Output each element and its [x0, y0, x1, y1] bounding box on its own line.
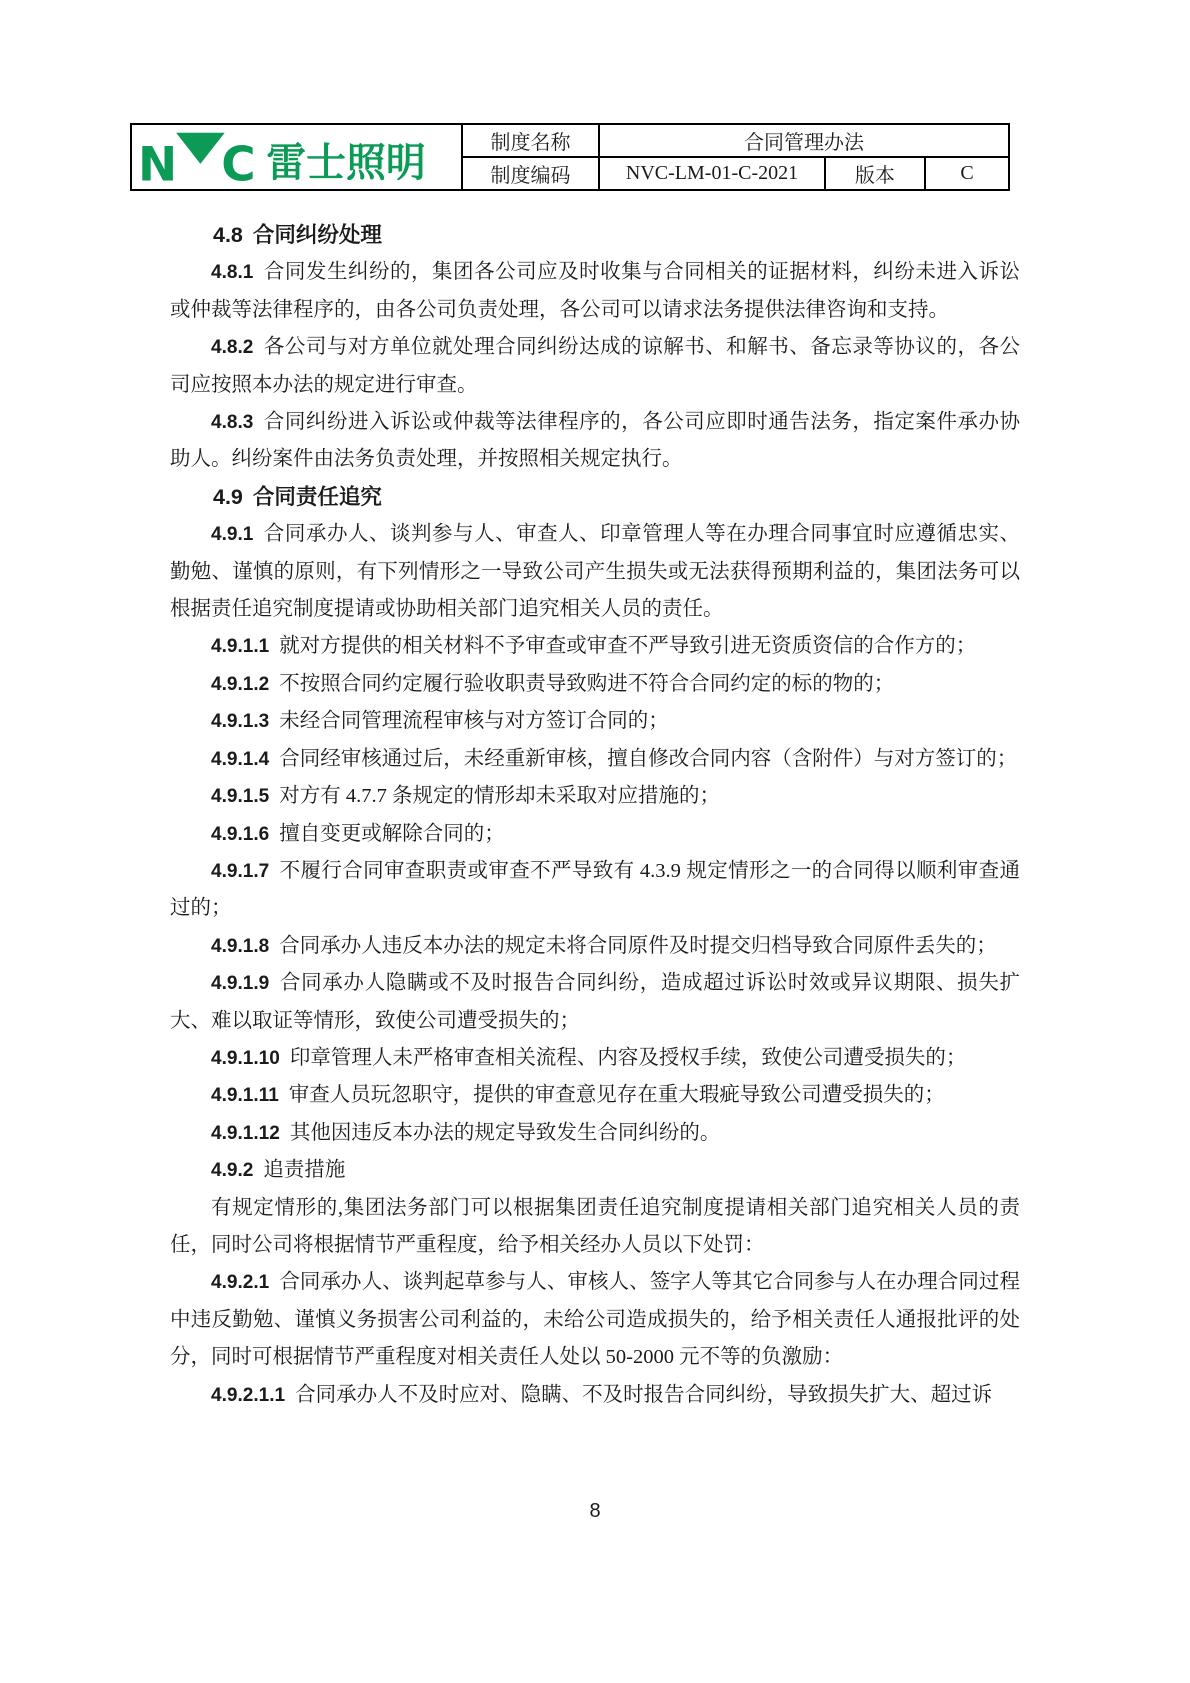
clause-number: 4.9.2.1	[211, 1272, 269, 1293]
logo-letter-c: C	[221, 138, 255, 183]
header-table: N C 雷士照明 制度名称 合同管理办法 制度编码 NVC-LM-01-C-20…	[130, 123, 1010, 191]
clause-number: 4.9.1.12	[211, 1123, 280, 1144]
clause-text: 合同发生纠纷的，集团各公司应及时收集与合同相关的证据材料，纠纷未进入诉讼或仲裁等…	[170, 261, 1020, 320]
clause-number: 4.9.1	[211, 524, 253, 545]
clause-text: 不按照合同约定履行验收职责导致购进不符合合同约定的标的物的；	[279, 673, 894, 695]
clause-text: 合同纠纷处理	[253, 223, 382, 247]
nvc-logo-icon: N C 雷士照明	[136, 131, 426, 183]
paragraph: 4.9.2.1合同承办人、谈判起草参与人、审核人、签字人等其它合同参与人在办理合…	[170, 1264, 1020, 1376]
clause-text: 追责措施	[263, 1159, 345, 1181]
version-label: 版本	[825, 157, 925, 190]
document-page: N C 雷士照明 制度名称 合同管理办法 制度编码 NVC-LM-01-C-20…	[0, 0, 1190, 1683]
page-number: 8	[0, 1500, 1190, 1523]
paragraph: 4.9.1.6擅自变更或解除合同的；	[170, 816, 1020, 853]
clause-number: 4.9.1.2	[211, 674, 269, 695]
policy-code-value: NVC-LM-01-C-2021	[599, 157, 825, 190]
clause-text: 其他因违反本办法的规定导致发生合同纠纷的。	[290, 1122, 721, 1144]
paragraph: 4.9.1.11审查人员玩忽职守，提供的审查意见存在重大瑕疵导致公司遭受损失的；	[170, 1077, 1020, 1114]
paragraph: 4.9.1.12其他因违反本办法的规定导致发生合同纠纷的。	[170, 1115, 1020, 1152]
clause-number: 4.9.1.3	[211, 711, 269, 732]
logo-triangle-icon	[176, 133, 225, 164]
clause-number: 4.9.1.11	[211, 1085, 279, 1106]
paragraph: 有规定情形的,集团法务部门可以根据集团责任追究制度提请相关部门追究相关人员的责任…	[170, 1190, 1020, 1265]
clause-text: 合同承办人隐瞒或不及时报告合同纠纷，造成超过诉讼时效或异议期限、损失扩大、难以取…	[170, 972, 1020, 1031]
clause-text: 有规定情形的,集团法务部门可以根据集团责任追究制度提请相关部门追究相关人员的责任…	[170, 1197, 1020, 1256]
clause-text: 擅自变更或解除合同的；	[279, 823, 505, 845]
paragraph: 4.9合同责任追究	[170, 479, 1020, 516]
paragraph: 4.9.1.9合同承办人隐瞒或不及时报告合同纠纷，造成超过诉讼时效或异议期限、损…	[170, 965, 1020, 1040]
clause-number: 4.9.1.6	[211, 824, 269, 845]
paragraph: 4.9.1合同承办人、谈判参与人、审查人、印章管理人等在办理合同事宜时应遵循忠实…	[170, 516, 1020, 628]
clause-number: 4.9.1.10	[211, 1048, 280, 1069]
clause-text: 印章管理人未严格审查相关流程、内容及授权手续，致使公司遭受损失的；	[290, 1047, 967, 1069]
company-logo-cell: N C 雷士照明	[131, 124, 462, 190]
paragraph: 4.8.1合同发生纠纷的，集团各公司应及时收集与合同相关的证据材料，纠纷未进入诉…	[170, 254, 1020, 329]
paragraph: 4.9.1.10印章管理人未严格审查相关流程、内容及授权手续，致使公司遭受损失的…	[170, 1040, 1020, 1077]
clause-text: 合同纠纷进入诉讼或仲裁等法律程序的，各公司应即时通告法务，指定案件承办协助人。纠…	[170, 411, 1020, 470]
clause-number: 4.8.1	[211, 262, 253, 283]
clause-number: 4.8	[213, 223, 243, 247]
paragraph: 4.9.1.4合同经审核通过后，未经重新审核，擅自修改合同内容（含附件）与对方签…	[170, 741, 1020, 778]
paragraph: 4.9.1.7不履行合同审查职责或审查不严导致有 4.3.9 规定情形之一的合同…	[170, 853, 1020, 928]
clause-text: 不履行合同审查职责或审查不严导致有 4.3.9 规定情形之一的合同得以顺利审查通…	[170, 860, 1020, 919]
clause-number: 4.9.1.5	[211, 786, 269, 807]
clause-number: 4.9.1.1	[211, 636, 269, 657]
logo-letter-n: N	[138, 138, 177, 183]
clause-number: 4.9.1.8	[211, 936, 269, 957]
version-value: C	[925, 157, 1009, 190]
paragraph: 4.8.3合同纠纷进入诉讼或仲裁等法律程序的，各公司应即时通告法务，指定案件承办…	[170, 404, 1020, 479]
clause-number: 4.9.1.9	[211, 973, 269, 994]
clause-number: 4.8.2	[211, 337, 253, 358]
clause-number: 4.9	[213, 485, 243, 509]
clause-text: 审查人员玩忽职守，提供的审查意见存在重大瑕疵导致公司遭受损失的；	[289, 1084, 945, 1106]
policy-code-label: 制度编码	[462, 157, 599, 190]
document-body: 4.8合同纠纷处理4.8.1合同发生纠纷的，集团各公司应及时收集与合同相关的证据…	[170, 217, 1020, 1414]
clause-text: 各公司与对方单位就处理合同纠纷达成的谅解书、和解书、备忘录等协议的，各公司应按照…	[170, 336, 1020, 395]
policy-name-label: 制度名称	[462, 124, 599, 157]
clause-text: 合同承办人、谈判参与人、审查人、印章管理人等在办理合同事宜时应遵循忠实、勤勉、谨…	[170, 523, 1020, 620]
clause-number: 4.9.1.4	[211, 749, 269, 770]
clause-text: 合同承办人、谈判起草参与人、审核人、签字人等其它合同参与人在办理合同过程中违反勤…	[170, 1271, 1020, 1368]
clause-text: 合同责任追究	[253, 485, 382, 509]
logo-cn-name: 雷士照明	[266, 140, 425, 183]
clause-text: 合同承办人违反本办法的规定未将合同原件及时提交归档导致合同原件丢失的；	[279, 935, 997, 957]
clause-number: 4.9.2.1.1	[211, 1385, 285, 1406]
paragraph: 4.9.1.5对方有 4.7.7 条规定的情形却未采取对应措施的；	[170, 778, 1020, 815]
paragraph: 4.8.2各公司与对方单位就处理合同纠纷达成的谅解书、和解书、备忘录等协议的，各…	[170, 329, 1020, 404]
clause-text: 对方有 4.7.7 条规定的情形却未采取对应措施的；	[279, 785, 720, 807]
clause-text: 合同承办人不及时应对、隐瞒、不及时报告合同纠纷，导致损失扩大、超过诉	[295, 1384, 992, 1406]
paragraph: 4.8合同纠纷处理	[170, 217, 1020, 254]
clause-number: 4.8.3	[211, 412, 253, 433]
paragraph: 4.9.2追责措施	[170, 1152, 1020, 1189]
paragraph: 4.9.1.8合同承办人违反本办法的规定未将合同原件及时提交归档导致合同原件丢失…	[170, 928, 1020, 965]
clause-number: 4.9.1.7	[211, 861, 269, 882]
paragraph: 4.9.1.3未经合同管理流程审核与对方签订合同的；	[170, 703, 1020, 740]
paragraph: 4.9.1.2不按照合同约定履行验收职责导致购进不符合合同约定的标的物的；	[170, 666, 1020, 703]
paragraph: 4.9.1.1就对方提供的相关材料不予审查或审查不严导致引进无资质资信的合作方的…	[170, 628, 1020, 665]
paragraph: 4.9.2.1.1合同承办人不及时应对、隐瞒、不及时报告合同纠纷，导致损失扩大、…	[170, 1377, 1020, 1414]
clause-text: 未经合同管理流程审核与对方签订合同的；	[279, 710, 669, 732]
clause-text: 合同经审核通过后，未经重新审核，擅自修改合同内容（含附件）与对方签订的；	[279, 748, 1017, 770]
clause-text: 就对方提供的相关材料不予审查或审查不严导致引进无资质资信的合作方的；	[279, 635, 976, 657]
clause-number: 4.9.2	[211, 1160, 253, 1181]
policy-name-value: 合同管理办法	[599, 124, 1009, 157]
